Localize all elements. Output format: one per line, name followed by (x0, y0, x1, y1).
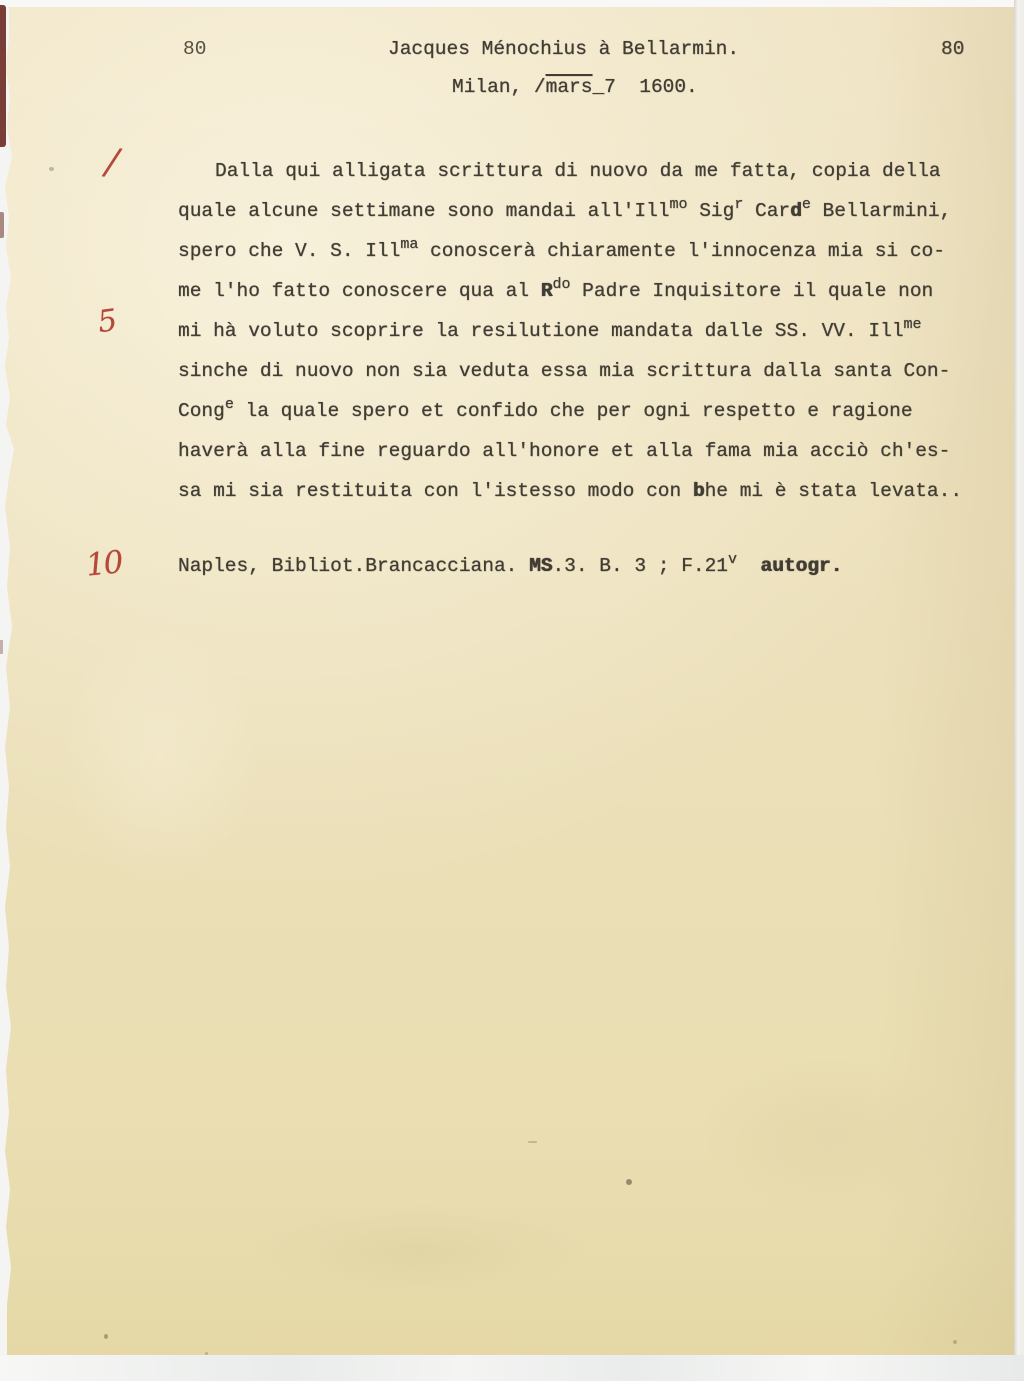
text-segment: Sig (688, 200, 735, 222)
text-segment: Bellarmini, (811, 200, 951, 222)
edge-damage-mark (0, 5, 6, 147)
paper-speck (49, 167, 54, 171)
text-segment: Naples, Bibliot.Brancacciana. (178, 555, 529, 577)
body-line: quale alcune settimane sono mandai all'I… (178, 191, 1018, 231)
text-segment: v (728, 551, 737, 568)
page-number-right: 80 (941, 38, 964, 60)
text-segment: do (552, 276, 570, 293)
text-segment: Padre Inquisitore il quale non (570, 280, 933, 302)
text-segment: conoscerà chiaramente l'innocenza mia si… (418, 240, 945, 262)
body-line: mi hà voluto scoprire la resilutione man… (178, 311, 1018, 351)
text-segment: Car (743, 200, 790, 222)
text-segment: MS (529, 555, 552, 577)
text-segment: / (534, 76, 546, 98)
dateline: Milan, /mars_7 1600. (452, 76, 698, 98)
text-segment: me l'ho fatto conoscere qua al (178, 280, 541, 302)
paper-stain (250, 1205, 590, 1295)
body-line: Conge la quale spero et confido che per … (178, 391, 1018, 431)
edge-damage-mark (0, 212, 4, 238)
text-segment: 1600. (616, 76, 698, 98)
paper-speck (953, 1340, 957, 1344)
text-segment: autogr. (760, 555, 842, 577)
body-line: sinche di nuovo non sia veduta essa mia … (178, 351, 1018, 391)
text-segment: mo (669, 196, 687, 213)
text-segment: e (225, 396, 234, 413)
paper-stain (700, 1055, 960, 1215)
scanned-letter-page: { "colors":{"paper":"#ece0ba","ink":"#41… (0, 0, 1024, 1381)
text-segment: _7 (592, 76, 615, 98)
text-segment: la quale spero et confido che per ogni r… (234, 400, 913, 422)
text-segment: Milan, (452, 76, 534, 98)
paper-highlight (60, 625, 260, 885)
scan-right-strip (1014, 0, 1024, 1381)
paper-sheet: 80 Jacques Ménochius à Bellarmin. 80 Mil… (0, 5, 1016, 1356)
text-segment: .3. B. 3 ; F.21 (552, 555, 728, 577)
text-segment: sa mi sia restituita con l'istesso modo … (178, 480, 693, 502)
text-segment: he mi è stata levata.. (705, 480, 962, 502)
text-segment: mi hà voluto scoprire la resilutione man… (178, 320, 904, 342)
body-line: spero che V. S. Illma conoscerà chiarame… (178, 231, 1018, 271)
scan-bottom-strip (0, 1355, 1024, 1381)
text-segment: spero che V. S. Ill (178, 240, 400, 262)
paper-speck (104, 1334, 108, 1339)
letter-body: Dalla qui alligata scrittura di nuovo da… (178, 151, 1018, 511)
text-segment: Cong (178, 400, 225, 422)
paper-speck (626, 1179, 632, 1185)
paper-speck (528, 1141, 537, 1143)
text-segment: Dalla qui alligata scrittura di nuovo da… (215, 160, 941, 182)
text-segment: sinche di nuovo non sia veduta essa mia … (178, 360, 950, 382)
text-segment: r (734, 196, 743, 213)
source-reference: Naples, Bibliot.Brancacciana. MS.3. B. 3… (178, 555, 842, 577)
text-segment: d (790, 200, 802, 222)
text-segment: quale alcune settimane sono mandai all'I… (178, 200, 669, 222)
text-segment: mars (546, 76, 593, 98)
body-line: Dalla qui alligata scrittura di nuovo da… (178, 151, 1018, 191)
text-segment: e (802, 196, 811, 213)
margin-line-number-10: 10 (84, 544, 123, 584)
text-segment: haverà alla fine reguardo all'honore et … (178, 440, 950, 462)
text-segment (737, 555, 760, 577)
text-segment: R (541, 280, 553, 302)
body-line: sa mi sia restituita con l'istesso modo … (178, 471, 1018, 511)
body-line: me l'ho fatto conoscere qua al Rdo Padre… (178, 271, 1018, 311)
text-segment: b (693, 480, 705, 502)
page-number-left: 80 (183, 38, 206, 60)
page-title: Jacques Ménochius à Bellarmin. (388, 38, 739, 60)
edge-damage-mark (0, 640, 3, 654)
scan-top-strip (0, 0, 1024, 7)
text-segment: ma (400, 236, 418, 253)
body-line: haverà alla fine reguardo all'honore et … (178, 431, 1018, 471)
text-segment: me (904, 316, 922, 333)
